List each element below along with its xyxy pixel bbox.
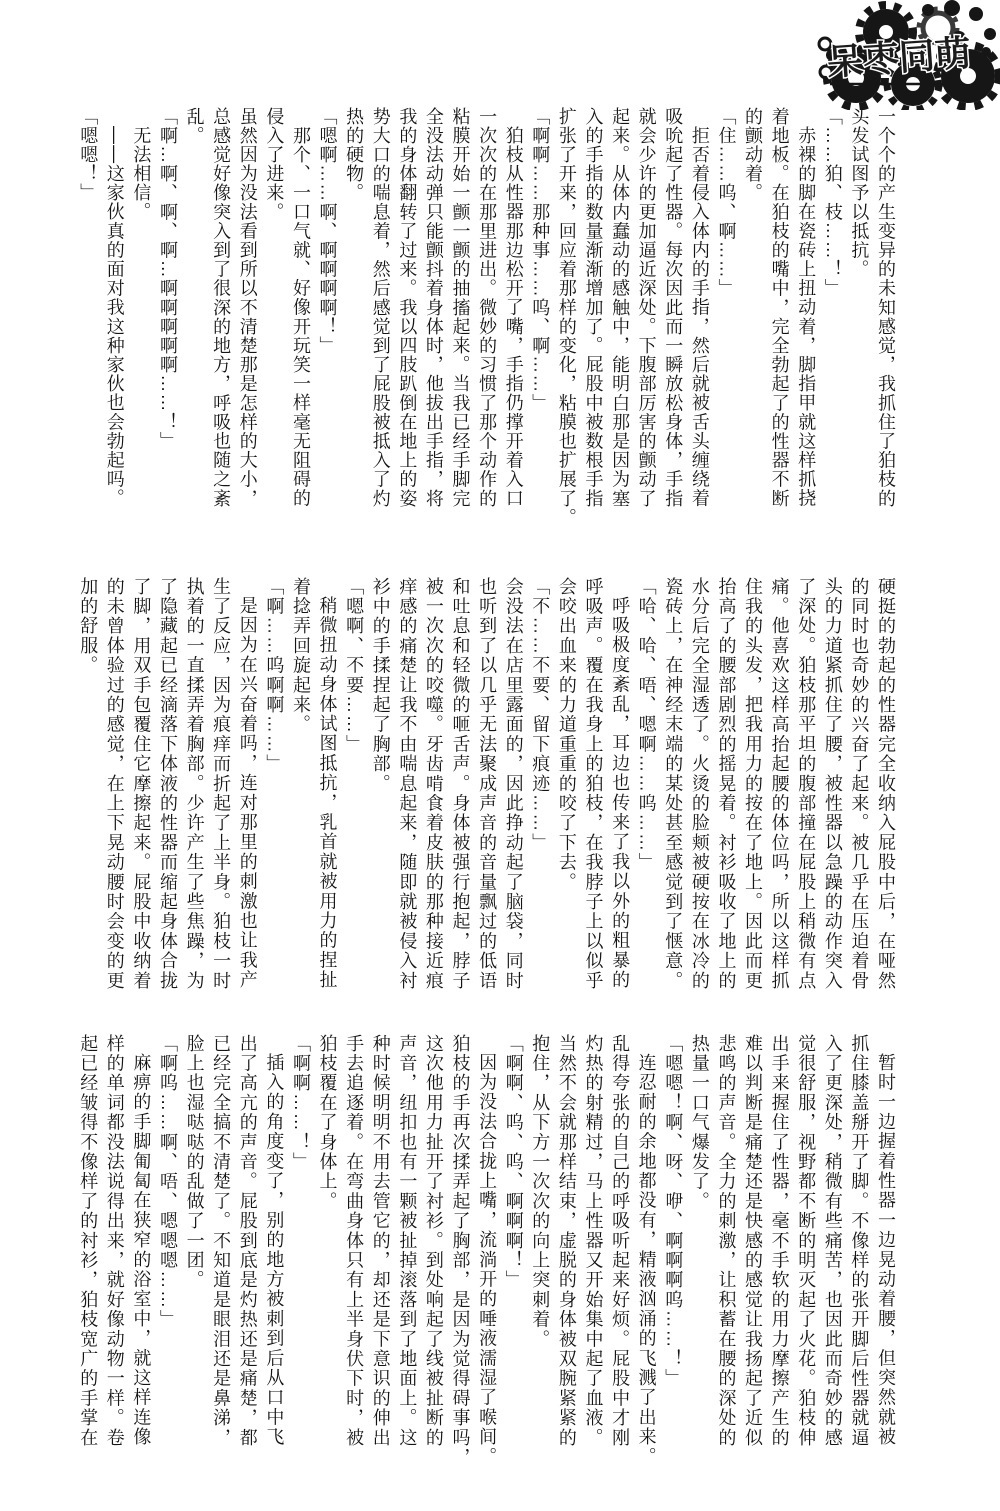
text-column: 因为没法合拢上嘴，流淌开的唾液濡湿了喉间。	[474, 1034, 501, 1468]
text-column: 样的单词都没法说得出来，就好像动物一样。卷	[101, 1034, 128, 1468]
text-column: 抓住膝盖掰开了脚。不像样的张开脚后性器就逼	[846, 1034, 873, 1468]
text-column: 「啊啊……！」	[287, 1034, 314, 1468]
text-column: 也听到了以几乎无法聚成声音的音量飘过的低语	[474, 577, 501, 991]
text-column: 痒感的痛楚让我不由喘息起来，随即就被侵入衬	[394, 577, 421, 991]
text-column: 暂时一边握着性器一边晃动着腰，但突然就被	[872, 1034, 899, 1468]
text-column: 起已经皱得不像样了的衬衫，狛枝宽广的手掌在	[75, 1034, 102, 1468]
text-column: 已经完全搞不清楚了。不知道是眼泪还是鼻涕，	[208, 1034, 235, 1468]
text-column: 「嗯啊……啊、啊啊啊啊！」	[314, 107, 341, 528]
text-column: 「啊……呜啊啊……」	[261, 577, 288, 991]
text-column: 住我的头发，把我用力的按在了地上。因此而更	[739, 577, 766, 991]
text-column: 生了反应，因为痕痒而折起了上半身。狛枝一时	[208, 577, 235, 991]
text-column: 「嗯嗯！啊、呀、咿、啊啊啊呜……！」	[660, 1034, 687, 1468]
text-column: 是因为在兴奋着吗，连对那里的刺激也让我产	[234, 577, 261, 991]
text-column: 吸吮起了性器。每次因此而一瞬放松身体，手指	[660, 107, 687, 528]
scanlation-group-logo: 呆枣同萌	[816, 0, 1000, 110]
text-column: 乱。	[181, 107, 208, 528]
text-column: 灼热的射精过，马上性器又开始集中起了血液。	[580, 1034, 607, 1468]
text-column: 衫中的手揉捏起了胸部。	[367, 577, 394, 991]
text-column: 「……狛、枝……！」	[819, 107, 846, 528]
text-column: 会咬出血来的力道重重的咬了下去。	[553, 577, 580, 991]
text-column: 赤裸的脚在瓷砖上扭动着，脚指甲就这样抓挠	[793, 107, 820, 528]
text-column: 当然不会就那样结束，虚脱的身体被双腕紧紧的	[553, 1034, 580, 1468]
text-column: 一个个的产生变异的未知感觉，我抓住了狛枝的	[872, 107, 899, 528]
text-column: 「不……不要、留下痕迹……」	[527, 577, 554, 991]
text-column: 头发试图予以抵抗。	[846, 107, 873, 528]
text-column: 执着的一直揉弄着胸部。少许产生了些焦躁，为	[181, 577, 208, 991]
text-column: 手去追逐着。在弯曲身体只有上半身伏下时，被	[341, 1034, 368, 1468]
text-column: 狛枝覆在了身体上。	[314, 1034, 341, 1468]
text-column: 难以判断是痛楚还是快感的感觉让我扬起了近似	[739, 1034, 766, 1468]
text-column: 了隐藏起已经滴落下体液的性器而缩起身体合拢	[154, 577, 181, 991]
text-column: 「啊…啊、啊、啊…啊啊啊啊啊……！」	[154, 107, 181, 528]
text-column: 的颤动着。	[739, 107, 766, 528]
text-band-2: 硬挺的勃起的性器完全收纳入屁股中后，在哑然的同时也奇妙的兴奋了起来。被几乎在压迫…	[75, 577, 899, 991]
text-column: 觉很舒服，视野都不断的明灭起了火花。狛枝伸	[793, 1034, 820, 1468]
text-column: ——这家伙真的面对我这种家伙也会勃起吗。	[101, 107, 128, 528]
text-column: 起来。从体内蠢动的感触中，能明白那是因为塞	[606, 107, 633, 528]
text-column: 侵入了进来。	[261, 107, 288, 528]
text-column: 出手来握住了性器，毫不手软的用力摩擦产生的	[766, 1034, 793, 1468]
text-column: 头的力道紧抓住了腰，被性器以急躁的动作突入	[819, 577, 846, 991]
text-column: 稍微扭动身体试图抵抗，乳首就被用力的捏扯	[314, 577, 341, 991]
text-column: 拒否着侵入体内的手指，然后就被舌头缠绕着	[686, 107, 713, 528]
text-column: 呼吸极度紊乱，耳边也传来了我以外的粗暴的	[606, 577, 633, 991]
text-column: 硬挺的勃起的性器完全收纳入屁股中后，在哑然	[872, 577, 899, 991]
text-column: 狛枝从性器那边松开了嘴，手指仍撑开着入口	[500, 107, 527, 528]
text-column: 的同时也奇妙的兴奋了起来。被几乎在压迫着骨	[846, 577, 873, 991]
text-column: 热量一口气爆发了。	[686, 1034, 713, 1468]
text-column: 「啊啊、呜、呜、啊啊啊！」	[500, 1034, 527, 1468]
text-column: 虽然因为没法看到所以不清楚那是怎样的大小，	[234, 107, 261, 528]
text-column: 「哈、哈、唔、嗯啊……呜……」	[633, 577, 660, 991]
text-column: 加的舒服。	[75, 577, 102, 991]
text-column: 了深处。狛枝那平坦的腹部撞在屁股上稍微有点	[793, 577, 820, 991]
text-column: 抬高了的腰部剧烈的摇晃着。衬衫吸收了地上的	[713, 577, 740, 991]
text-column: 「啊呜……啊、唔、嗯嗯嗯……」	[154, 1034, 181, 1468]
text-column: 就会少许的更加逼近深处。下腹部厉害的颤动了	[633, 107, 660, 528]
text-column: 粘膜开始一颤一颤的抽搐起来。当我已经手脚完	[447, 107, 474, 528]
text-column: 「啊啊……那种事……呜、啊……」	[527, 107, 554, 528]
text-column: 脸上也湿哒哒的乱做了一团。	[181, 1034, 208, 1468]
text-column: 狛枝的手再次揉弄起了胸部，是因为觉得碍事吗，	[447, 1034, 474, 1468]
text-column: 连忍耐的余地都没有，精液汹涌的飞溅了出来。	[633, 1034, 660, 1468]
text-column: 呼吸声。覆在我身上的狛枝，在我脖子上以似乎	[580, 577, 607, 991]
text-column: 乱得夸张的自己的呼吸听起来好烦。屁股中才刚	[606, 1034, 633, 1468]
text-column: 这次他用力扯开了衬衫。到处响起了线被扯断的	[420, 1034, 447, 1468]
text-column: 被一次次的咬噬。牙齿啃食着皮肤的那种接近痕	[420, 577, 447, 991]
text-column: 「住……呜、啊……」	[713, 107, 740, 528]
text-column: 入了更深处，稍微有些痛苦，也因此而奇妙的感	[819, 1034, 846, 1468]
text-column: 出了高亢的声音。屁股到底是灼热还是痛楚，都	[234, 1034, 261, 1468]
text-column: 悲鸣的声音。全力的刺激，让积蓄在腰的深处的	[713, 1034, 740, 1468]
text-column: 水分后完全湿透了。火烫的脸颊被硬按在冰冷的	[686, 577, 713, 991]
text-band-1: 一个个的产生变异的未知感觉，我抓住了狛枝的头发试图予以抵抗。「……狛、枝……！」…	[75, 107, 899, 528]
text-band-3: 暂时一边握着性器一边晃动着腰，但突然就被抓住膝盖掰开了脚。不像样的张开脚后性器就…	[75, 1034, 899, 1468]
text-column: 着地板。在狛枝的嘴中，完全勃起了的性器不断	[766, 107, 793, 528]
text-column: 种时候明明不用去管它的，却还是下意识的伸出	[367, 1034, 394, 1468]
text-column: 势大口的喘息着，然后感觉到了屁股被抵入了灼	[367, 107, 394, 528]
text-column: 着捻弄回旋起来。	[287, 577, 314, 991]
text-column: 了脚，用双手包覆住它摩擦起来。屁股中收纳着	[128, 577, 155, 991]
text-column: 那个、一口气就、好像开玩笑一样毫无阻碍的	[287, 107, 314, 528]
text-column: 无法相信。	[128, 107, 155, 528]
text-column: 痛。他喜欢这样高抬起腰的体位吗，所以这样抓	[766, 577, 793, 991]
text-column: 入的手指的数量渐渐增加了。屁股中被数根手指	[580, 107, 607, 528]
text-column: 总感觉好像突入到了很深的地方，呼吸也随之紊	[208, 107, 235, 528]
text-column: 和吐息和轻微的咂舌声。身体被强行抱起，脖子	[447, 577, 474, 991]
text-column: 的未曾体验过的感觉，在上下晃动腰时会变的更	[101, 577, 128, 991]
text-column: 一次次的在那里进出。微妙的习惯了那个动作的	[474, 107, 501, 528]
text-column: 会没法在店里露面的，因此挣动起了脑袋，同时	[500, 577, 527, 991]
text-column: 我的身体翻转了过来。我以四肢趴倒在地上的姿	[394, 107, 421, 528]
text-column: 声音，纽扣也有一颗被扯掉滚落到了地面上。这	[394, 1034, 421, 1468]
text-column: 热的硬物。	[341, 107, 368, 528]
text-column: 抱住，从下方一次次的向上突刺着。	[527, 1034, 554, 1468]
text-column: 全没法动弹只能颤抖着身体时，他拔出手指，将	[420, 107, 447, 528]
text-column: 扩张了开来，回应着那样的变化，粘膜也扩展了。	[553, 107, 580, 528]
text-column: 「嗯啊、不要……」	[341, 577, 368, 991]
text-column: 插入的角度变了，别的地方被刺到后从口中飞	[261, 1034, 288, 1468]
text-column: 麻痹的手脚匍匐在狭窄的浴室中，就这样连像	[128, 1034, 155, 1468]
text-column: 瓷砖上，在神经末端的某处甚至感觉到了惬意。	[660, 577, 687, 991]
text-column: 「嗯嗯！」	[75, 107, 102, 528]
